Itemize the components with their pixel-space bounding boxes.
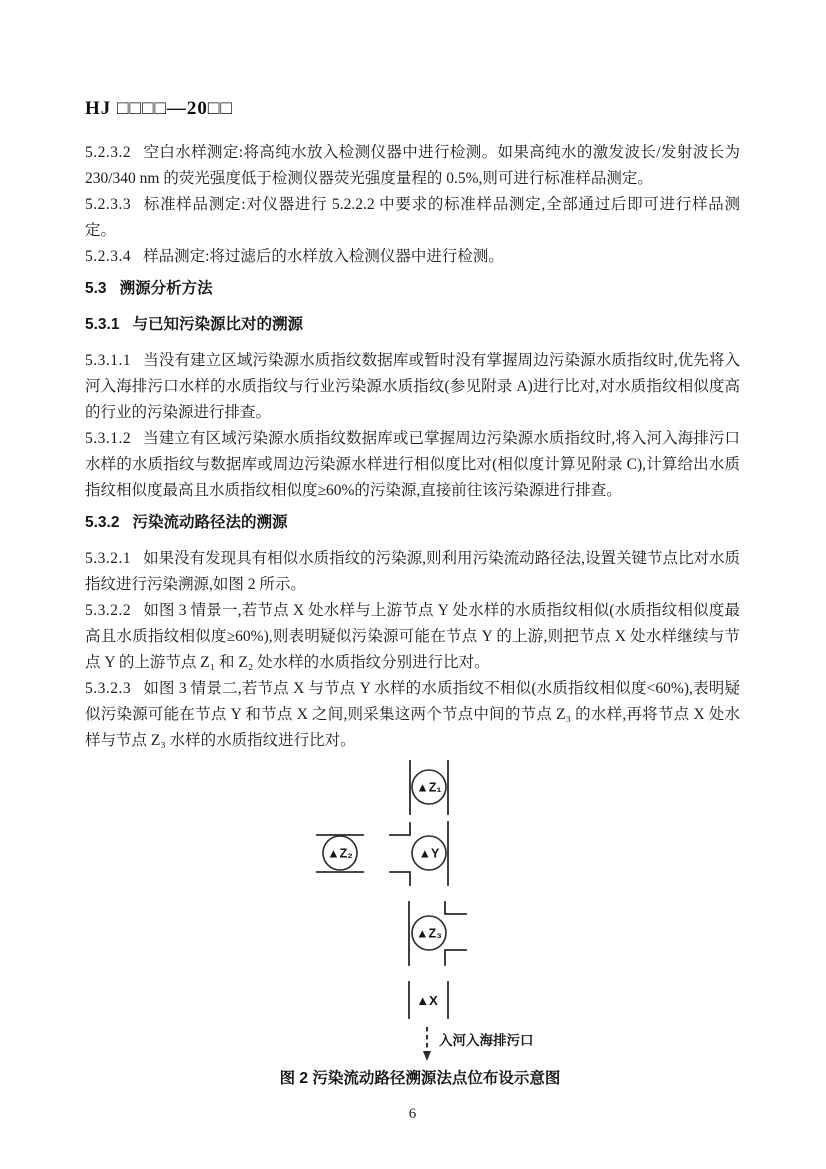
clause-5-3-1-1: 5.3.1.1当没有建立区域污染源水质指纹数据库或暂时没有掌握周边污染源水质指纹… xyxy=(85,348,740,426)
figure-2-diagram: ▲Z₁ ▲Z₂ ▲Y ▲Z₃ ▲X 入河入海排污口 xyxy=(306,758,740,1064)
heading-text: 与已知污染源比对的溯源 xyxy=(132,316,303,333)
clause-number: 5.3.2.3 xyxy=(85,680,131,697)
clause-text: 如果没有发现具有相似水质指纹的污染源,则利用污染流动路径法,设置关键节点比对水质… xyxy=(85,550,740,593)
clause-5-2-3-3: 5.2.3.3标准样品测定:对仪器进行 5.2.2.2 中要求的标准样品测定,全… xyxy=(85,192,740,244)
clause-5-3-2-1: 5.3.2.1如果没有发现具有相似水质指纹的污染源,则利用污染流动路径法,设置关… xyxy=(85,546,740,598)
outfall-arrow-head-icon xyxy=(423,1051,431,1061)
heading-number: 5.3.2 xyxy=(85,514,119,531)
clause-text: 样品测定:将过滤后的水样放入检测仪器中进行检测。 xyxy=(143,248,504,265)
z3-right-lower-corner xyxy=(445,950,466,965)
z3-right-upper-corner xyxy=(445,902,466,914)
clause-number: 5.3.2.2 xyxy=(85,602,131,619)
clause-5-2-3-2: 5.2.3.2空白水样测定:将高纯水放入检测仪器中进行检测。如果高纯水的激发波长… xyxy=(85,140,740,192)
clause-text: 如图 3 情景一,若节点 X 处水样与上游节点 Y 处水样的水质指纹相似(水质指… xyxy=(85,602,740,671)
outfall-label: 入河入海排污口 xyxy=(439,1032,534,1048)
document-page: HJ □□□□—20□□ 5.2.3.2空白水样测定:将高纯水放入检测仪器中进行… xyxy=(0,0,826,1169)
heading-number: 5.3 xyxy=(85,280,107,297)
figure-2-caption: 图 2 污染流动路径溯源法点位布设示意图 xyxy=(85,1066,740,1088)
outfall-arrow xyxy=(423,1027,431,1061)
node-z2-label: ▲Z₂ xyxy=(327,847,353,861)
node-y-label: ▲Y xyxy=(419,847,440,861)
clause-5-3-1-2: 5.3.1.2当建立有区域污染源水质指纹数据库或已掌握周边污染源水质指纹时,将入… xyxy=(85,426,740,504)
sampling-nodes-schematic: ▲Z₁ ▲Z₂ ▲Y ▲Z₃ ▲X 入河入海排污口 xyxy=(306,758,574,1064)
heading-text: 溯源分析方法 xyxy=(120,280,213,297)
heading-number: 5.3.1 xyxy=(85,316,119,333)
heading-5-3-1: 5.3.1与已知污染源比对的溯源 xyxy=(85,312,740,338)
clause-number: 5.3.1.2 xyxy=(85,430,131,447)
page-number: 6 xyxy=(85,1106,740,1123)
clause-text: 当建立有区域污染源水质指纹数据库或已掌握周边污染源水质指纹时,将入河入海排污口水… xyxy=(85,430,740,499)
heading-5-3-2: 5.3.2污染流动路径法的溯源 xyxy=(85,510,740,536)
clause-number: 5.3.2.1 xyxy=(85,550,131,567)
clause-number: 5.2.3.3 xyxy=(85,196,131,213)
clause-text: 当没有建立区域污染源水质指纹数据库或暂时没有掌握周边污染源水质指纹时,优先将入河… xyxy=(85,352,740,421)
clause-number: 5.2.3.2 xyxy=(85,144,131,161)
clause-5-3-2-3: 5.3.2.3如图 3 情景二,若节点 X 与节点 Y 水样的水质指纹不相似(水… xyxy=(85,676,740,754)
heading-text: 污染流动路径法的溯源 xyxy=(132,514,287,531)
clause-text: 如图 3 情景二,若节点 X 与节点 Y 水样的水质指纹不相似(水质指纹相似度<… xyxy=(85,680,740,749)
channel-lines xyxy=(317,761,466,1018)
heading-5-3: 5.3溯源分析方法 xyxy=(85,276,740,302)
node-x-label: ▲X xyxy=(416,993,438,1008)
node-z3-label: ▲Z₃ xyxy=(416,927,442,941)
clause-text: 标准样品测定:对仪器进行 5.2.2.2 中要求的标准样品测定,全部通过后即可进… xyxy=(85,196,740,239)
junction-upper-corner xyxy=(390,823,410,835)
document-code: HJ □□□□—20□□ xyxy=(85,98,740,120)
clause-number: 5.3.1.1 xyxy=(85,352,131,369)
clause-number: 5.2.3.4 xyxy=(85,248,131,265)
junction-lower-corner xyxy=(390,872,410,885)
node-z1-label: ▲Z₁ xyxy=(416,781,441,795)
clause-text: 空白水样测定:将高纯水放入检测仪器中进行检测。如果高纯水的激发波长/发射波长为 … xyxy=(85,144,740,187)
clause-5-2-3-4: 5.2.3.4样品测定:将过滤后的水样放入检测仪器中进行检测。 xyxy=(85,244,740,270)
clause-5-3-2-2: 5.3.2.2如图 3 情景一,若节点 X 处水样与上游节点 Y 处水样的水质指… xyxy=(85,598,740,676)
